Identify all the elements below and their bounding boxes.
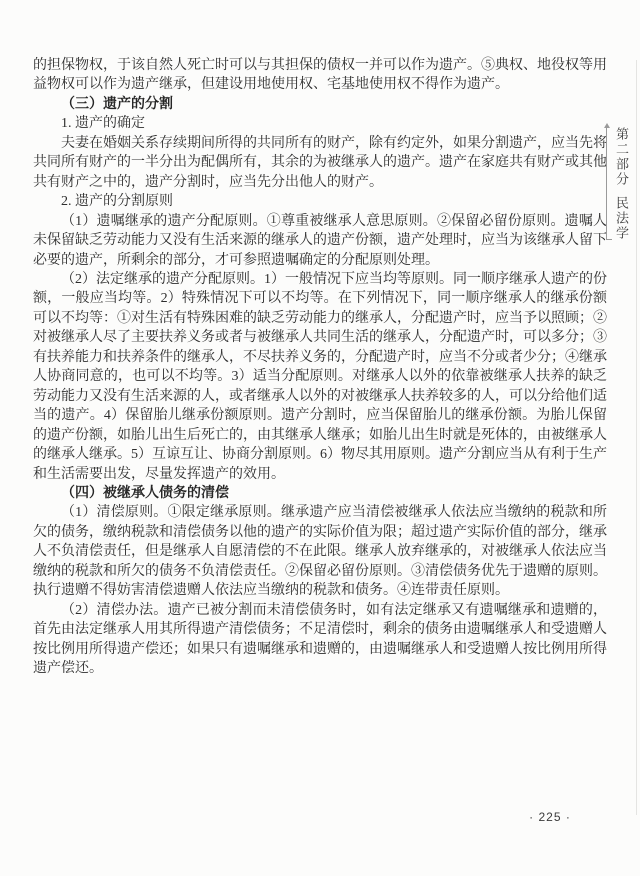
arrow-up-icon: [604, 123, 610, 128]
book-page: 的担保物权，于该自然人死亡时可以与其担保的债权一并可以作为遗产。⑤典权、地役权等…: [0, 0, 640, 876]
vertical-rule: [606, 127, 607, 240]
paragraph: （1）遗嘱继承的遗产分配原则。①尊重被继承人意思原则。②保留必留份原则。遗嘱人未…: [33, 212, 607, 270]
paragraph: 的担保物权，于该自然人死亡时可以与其担保的债权一并可以作为遗产。⑤典权、地役权等…: [33, 56, 607, 95]
main-text-column: 的担保物权，于该自然人死亡时可以与其担保的债权一并可以作为遗产。⑤典权、地役权等…: [33, 56, 607, 679]
paragraph: 夫妻在婚姻关系存续期间所得的共同所有的财产，除有约定外，如果分割遗产，应当先将共…: [33, 134, 607, 192]
paragraph: （2）清偿办法。遗产已被分割而未清偿债务时，如有法定继承又有遗嘱继承和遗赠的，首…: [33, 601, 607, 679]
paragraph: （1）清偿原则。①限定继承原则。继承遗产应当清偿被继承人依法应当缴纳的税款和所欠…: [33, 503, 607, 600]
paragraph: （2）法定继承的遗产分配原则。1）一般情况下应当均等原则。同一顺序继承人遗产的份…: [33, 270, 607, 484]
subsection-heading-division-principles: 2. 遗产的分割原则: [33, 192, 607, 211]
chapter-tab: 第二部分 民法学: [603, 123, 631, 241]
section-heading-estate-division: （三）遗产的分割: [33, 95, 607, 114]
section-heading-debt-settlement: （四）被继承人债务的清偿: [33, 484, 607, 503]
page-number: · 225 ·: [500, 810, 600, 824]
part-label: 第二部分: [612, 127, 631, 187]
subsection-heading-estate-determination: 1. 遗产的确定: [33, 114, 607, 133]
subject-label: 民法学: [612, 196, 631, 241]
chapter-tab-arrow-icon: [603, 123, 612, 241]
rule-foot-tick: [606, 239, 612, 240]
chapter-tab-labels: 第二部分 民法学: [612, 123, 631, 241]
scanned-page-edge: [636, 60, 637, 815]
